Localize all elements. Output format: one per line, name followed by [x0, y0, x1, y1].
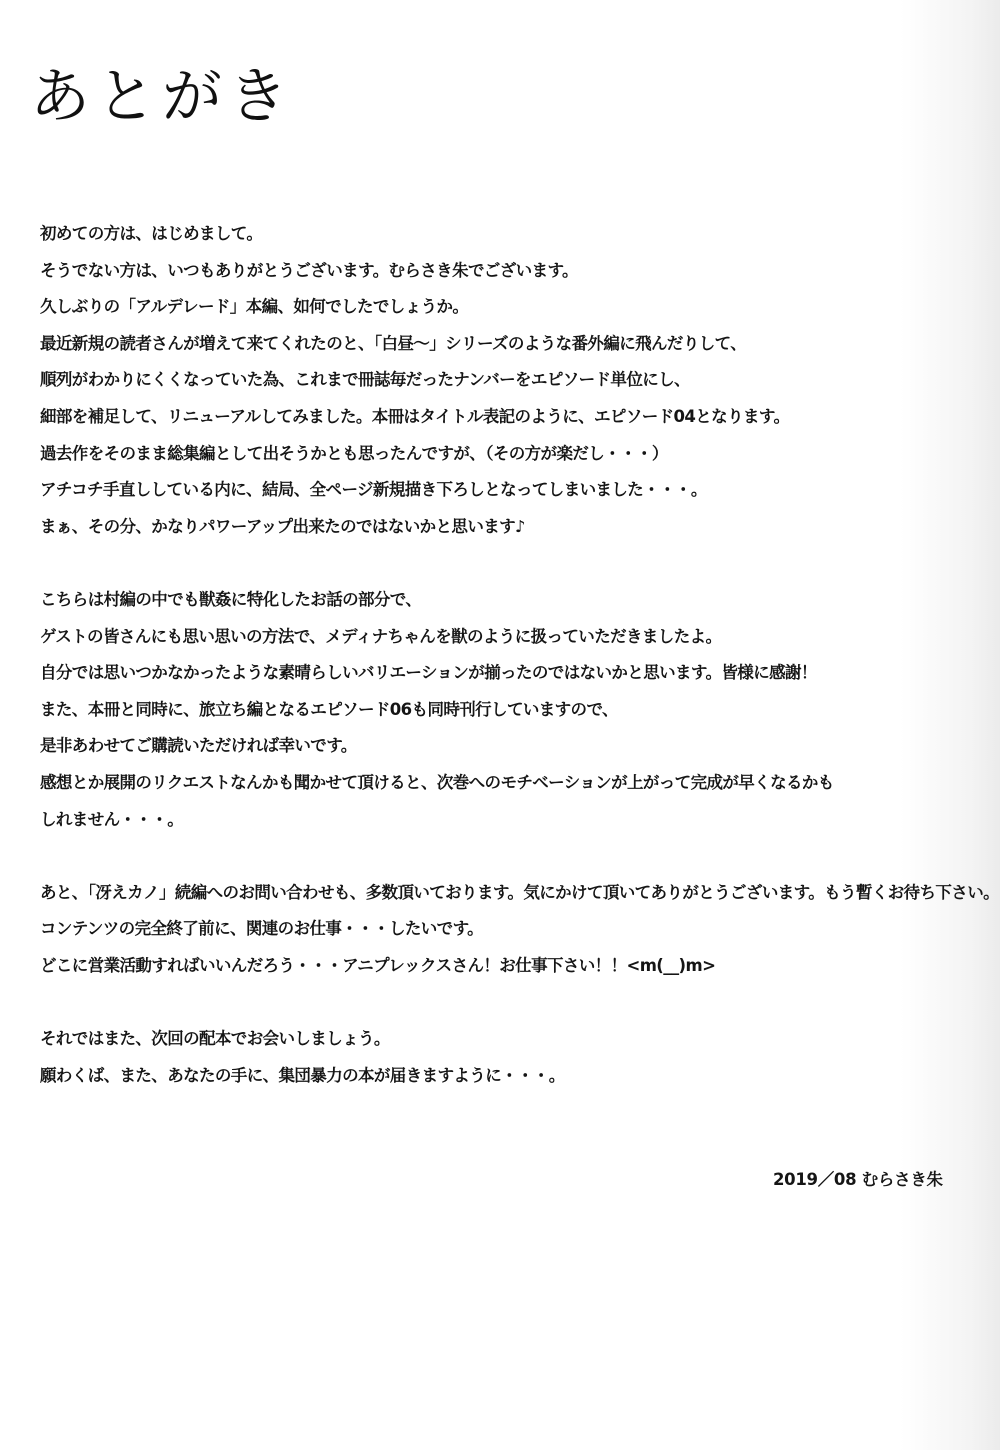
text-line: アチコチ手直ししている内に、結局、全ページ新規描き下ろしとなってしまいました・・… — [40, 472, 980, 509]
text-line: あと、「冴えカノ」続編へのお問い合わせも、多数頂いております。気にかけて頂いてあ… — [40, 875, 980, 912]
text-line: 是非あわせてご購読いただければ幸いです。 — [40, 728, 980, 765]
text-line: 細部を補足して、リニューアルしてみました。本冊はタイトル表記のように、エピソード… — [40, 399, 980, 436]
text-line: 順列がわかりにくくなっていた為、これまで冊誌毎だったナンバーをエピソード単位にし… — [40, 362, 980, 399]
text-line: また、本冊と同時に、旅立ち編となるエピソード06も同時刊行していますので、 — [40, 692, 980, 729]
text-line: どこに営業活動すればいいんだろう・・・アニプレックスさん！お仕事下さい！！<m(… — [40, 948, 980, 985]
text-line: そうでない方は、いつもありがとうございます。むらさき朱でございます。 — [40, 253, 980, 290]
text-line: しれません・・・。 — [40, 802, 980, 839]
text-line: ゲストの皆さんにも思い思いの方法で、メディナちゃんを獣のように扱っていただきまし… — [40, 619, 980, 656]
paragraph-1: 初めての方は、はじめまして。 そうでない方は、いつもありがとうございます。むらさ… — [40, 216, 980, 545]
paragraph-2: こちらは村編の中でも獣姦に特化したお話の部分で、 ゲストの皆さんにも思い思いの方… — [40, 582, 980, 838]
afterword-page: あとがき 初めての方は、はじめまして。 そうでない方は、いつもありがとうございま… — [0, 0, 1000, 1450]
text-line: 過去作をそのまま総集編として出そうかとも思ったんですが、（その方が楽だし・・・） — [40, 436, 980, 473]
text-line: 自分では思いつかなかったような素晴らしいバリエーションが揃ったのではないかと思い… — [40, 655, 980, 692]
text-line: コンテンツの完全終了前に、関連のお仕事・・・したいです。 — [40, 911, 980, 948]
body-text: 初めての方は、はじめまして。 そうでない方は、いつもありがとうございます。むらさ… — [40, 216, 980, 1094]
paragraph-4: それではまた、次回の配本でお会いしましょう。 願わくば、また、あなたの手に、集団… — [40, 1021, 980, 1094]
text-line: 初めての方は、はじめまして。 — [40, 216, 980, 253]
text-line: こちらは村編の中でも獣姦に特化したお話の部分で、 — [40, 582, 980, 619]
text-line: 感想とか展開のリクエストなんかも聞かせて頂けると、次巻へのモチベーションが上がっ… — [40, 765, 980, 802]
text-line: 願わくば、また、あなたの手に、集団暴力の本が届きますように・・・。 — [40, 1058, 980, 1095]
paragraph-gap — [40, 984, 980, 1021]
text-line: まぁ、その分、かなりパワーアップ出来たのではないかと思います♪ — [40, 509, 980, 546]
paragraph-3: あと、「冴えカノ」続編へのお問い合わせも、多数頂いております。気にかけて頂いてあ… — [40, 875, 980, 985]
paragraph-gap — [40, 838, 980, 875]
signature: 2019／08 むらさき朱 — [773, 1166, 943, 1190]
text-line: 最近新規の読者さんが増えて来てくれたのと、「白昼～」シリーズのような番外編に飛ん… — [40, 326, 980, 363]
paragraph-gap — [40, 545, 980, 582]
text-line: それではまた、次回の配本でお会いしましょう。 — [40, 1021, 980, 1058]
page-title: あとがき — [30, 62, 294, 132]
text-line: 久しぶりの「アルデレード」本編、如何でしたでしょうか。 — [40, 289, 980, 326]
